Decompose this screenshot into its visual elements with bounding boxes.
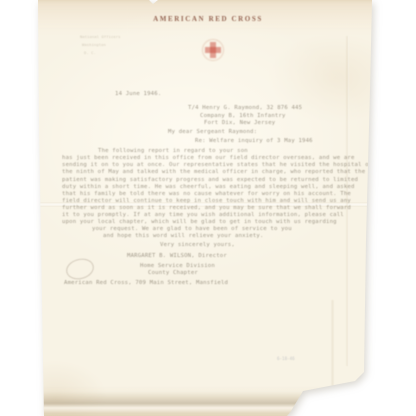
body-line: the ninth of May and talked with the med… bbox=[62, 169, 365, 176]
letterhead-title: AMERICAN RED CROSS bbox=[150, 15, 266, 23]
red-cross-emblem-icon bbox=[202, 39, 224, 61]
body-line: patient was making satisfactory progress… bbox=[62, 177, 358, 184]
body-line: further word as soon as it is received, … bbox=[62, 205, 351, 212]
letterhead-subline: National Officers bbox=[80, 33, 121, 40]
scanned-letter-photo: AMERICAN RED CROSS National Officers Was… bbox=[0, 0, 416, 416]
signature-line: Home Service Division bbox=[140, 263, 215, 270]
letter-content: AMERICAN RED CROSS National Officers Was… bbox=[0, 0, 416, 416]
pencil-mark bbox=[64, 256, 96, 282]
stamp-mark: 6-18-46 bbox=[277, 356, 317, 361]
body-line: it to you promptly. If at any time you w… bbox=[62, 212, 344, 219]
signature-line: American Red Cross, 709 Main Street, Man… bbox=[64, 280, 228, 287]
letterhead-subline: D. C. bbox=[84, 49, 96, 56]
body-line: duty within a short time. He was cheerfu… bbox=[62, 184, 355, 191]
body-line: that his family be told there was no cau… bbox=[62, 191, 351, 198]
address-line: Fort Dix, New Jersey bbox=[204, 120, 275, 127]
letterhead-subline: Washington bbox=[82, 41, 106, 48]
cross-bar-horizontal bbox=[205, 47, 221, 53]
body-line: has just been received in this office fr… bbox=[62, 155, 355, 162]
body-line: and hope this word will relieve your anx… bbox=[103, 233, 264, 240]
reference-line: Re: Welfare inquiry of 3 May 1946 bbox=[195, 138, 313, 145]
paper-sheet: AMERICAN RED CROSS National Officers Was… bbox=[0, 0, 416, 416]
address-line: Company B, 16th Infantry bbox=[200, 113, 286, 120]
closing-line: Very sincerely yours, bbox=[160, 242, 235, 249]
body-line: upon your local chapter, which will be g… bbox=[62, 219, 337, 226]
signature-line: MARGARET B. WILSON, Director bbox=[127, 253, 227, 260]
body-line: sending it on to you at once. Our repres… bbox=[62, 162, 372, 169]
paper-shadow: AMERICAN RED CROSS National Officers Was… bbox=[0, 0, 416, 416]
body-line: your request. We are glad to have been o… bbox=[92, 226, 292, 233]
date-line: 14 June 1946. bbox=[115, 91, 161, 98]
body-line: field director will continue to keep in … bbox=[62, 198, 351, 205]
address-line: T/4 Henry G. Raymond, 32 876 445 bbox=[188, 105, 302, 112]
salutation-line: My dear Sergeant Raymond: bbox=[168, 129, 257, 136]
body-line: The following report in regard to your s… bbox=[98, 148, 248, 155]
signature-line: County Chapter bbox=[148, 270, 198, 277]
